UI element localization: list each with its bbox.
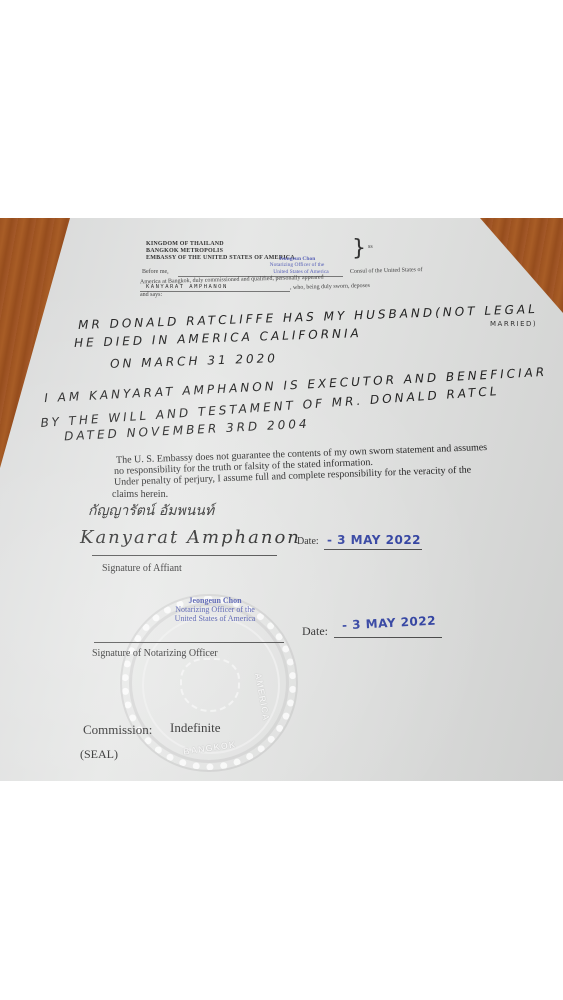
statement-line-5: BY THE WILL AND TESTAMENT OF MR. DONALD … (40, 384, 500, 430)
document-photo: KINGDOM OF THAILAND BANGKOK METROPOLIS E… (0, 218, 563, 781)
officer-name: Jeongeun Chon (252, 256, 342, 262)
notary-stamp-country: United States of America (150, 614, 280, 623)
affiant-date-stamp: - 3 MAY 2022 (327, 533, 421, 547)
notary-date-label: Date: (302, 624, 328, 639)
statement-line-1: MR DONALD RATCLIFFE HAS MY HUSBAND(NOT L… (78, 302, 538, 332)
intro-line-2: America at Bangkok, duly commissioned an… (140, 275, 324, 287)
bracket-icon: } (352, 236, 366, 261)
notary-date-stamp: - 3 MAY 2022 (342, 614, 437, 633)
ss-mark: ss (368, 244, 373, 251)
statement-line-3: ON MARCH 31 2020 (110, 351, 278, 371)
disclaimer-line-4: claims herein. (112, 489, 168, 500)
seal-right-text: AMERICA (253, 672, 271, 722)
notary-stamp-name: Jeongeun Chon (150, 596, 280, 605)
eagle-emblem-icon (180, 658, 240, 712)
header-line-3: EMBASSY OF THE UNITED STATES OF AMERICA (146, 255, 295, 262)
header-line-2: BANGKOK METROPOLIS (146, 248, 295, 255)
affiant-name-handwritten: KANYARAT AMPHANON (146, 284, 228, 290)
disclaimer-line-3: Under penalty of perjury, I assume full … (114, 465, 471, 488)
officer-title: Notarizing Officer of the (252, 262, 342, 268)
intro-line-3: , who, being duly sworn, deposes (290, 283, 370, 292)
disclaimer-line-1: The U. S. Embassy does not guarantee the… (116, 442, 487, 466)
affiant-date-label: Date: (297, 536, 319, 547)
officer-stamp-country: United States of America (256, 269, 346, 275)
notary-date-line (334, 637, 442, 638)
statement-annotation: MARRIED) (490, 320, 537, 328)
statement-line-2: HE DIED IN AMERICA CALIFORNIA (74, 326, 362, 350)
seal-bottom-text: BANGKOK (183, 739, 237, 756)
affidavit-paper: KINGDOM OF THAILAND BANGKOK METROPOLIS E… (0, 218, 563, 781)
embossed-seal-inner-ring (142, 616, 280, 754)
commission-label: Commission: (83, 722, 152, 738)
statement-line-4: I AM KANYARAT AMPHANON IS EXECUTOR AND B… (44, 365, 547, 405)
consul-text: Consul of the United States of (350, 267, 423, 276)
notary-stamp-title: Notarizing Officer of the (150, 605, 280, 614)
officer-stamp-intro: Jeongeun Chon Notarizing Officer of the (252, 256, 342, 268)
before-me: Before me, (142, 269, 169, 276)
commission-value: Indefinite (170, 720, 221, 736)
affiant-date-line (324, 549, 422, 550)
notary-caption: Signature of Notarizing Officer (92, 648, 218, 659)
affiant-caption: Signature of Affiant (102, 563, 182, 574)
thai-signature: กัญญารัตน์ อัมพนนท์ (88, 500, 214, 522)
embossed-seal (122, 596, 296, 770)
affiant-signature: Kanyarat Amphanon (80, 527, 301, 548)
header-block: KINGDOM OF THAILAND BANGKOK METROPOLIS E… (146, 241, 295, 262)
disclaimer-line-2: no responsibility for the truth or falsi… (114, 457, 373, 477)
officer-line (178, 276, 343, 277)
affiant-signature-line (92, 555, 277, 556)
intro-line-4: and says: (140, 292, 162, 299)
affiant-name-line (140, 291, 290, 292)
notary-stamp: Jeongeun Chon Notarizing Officer of the … (150, 596, 280, 623)
header-line-1: KINGDOM OF THAILAND (146, 241, 295, 248)
statement-line-6: DATED NOVEMBER 3RD 2004 (64, 417, 310, 444)
seal-label: (SEAL) (80, 747, 118, 762)
notary-signature-line (94, 642, 284, 643)
